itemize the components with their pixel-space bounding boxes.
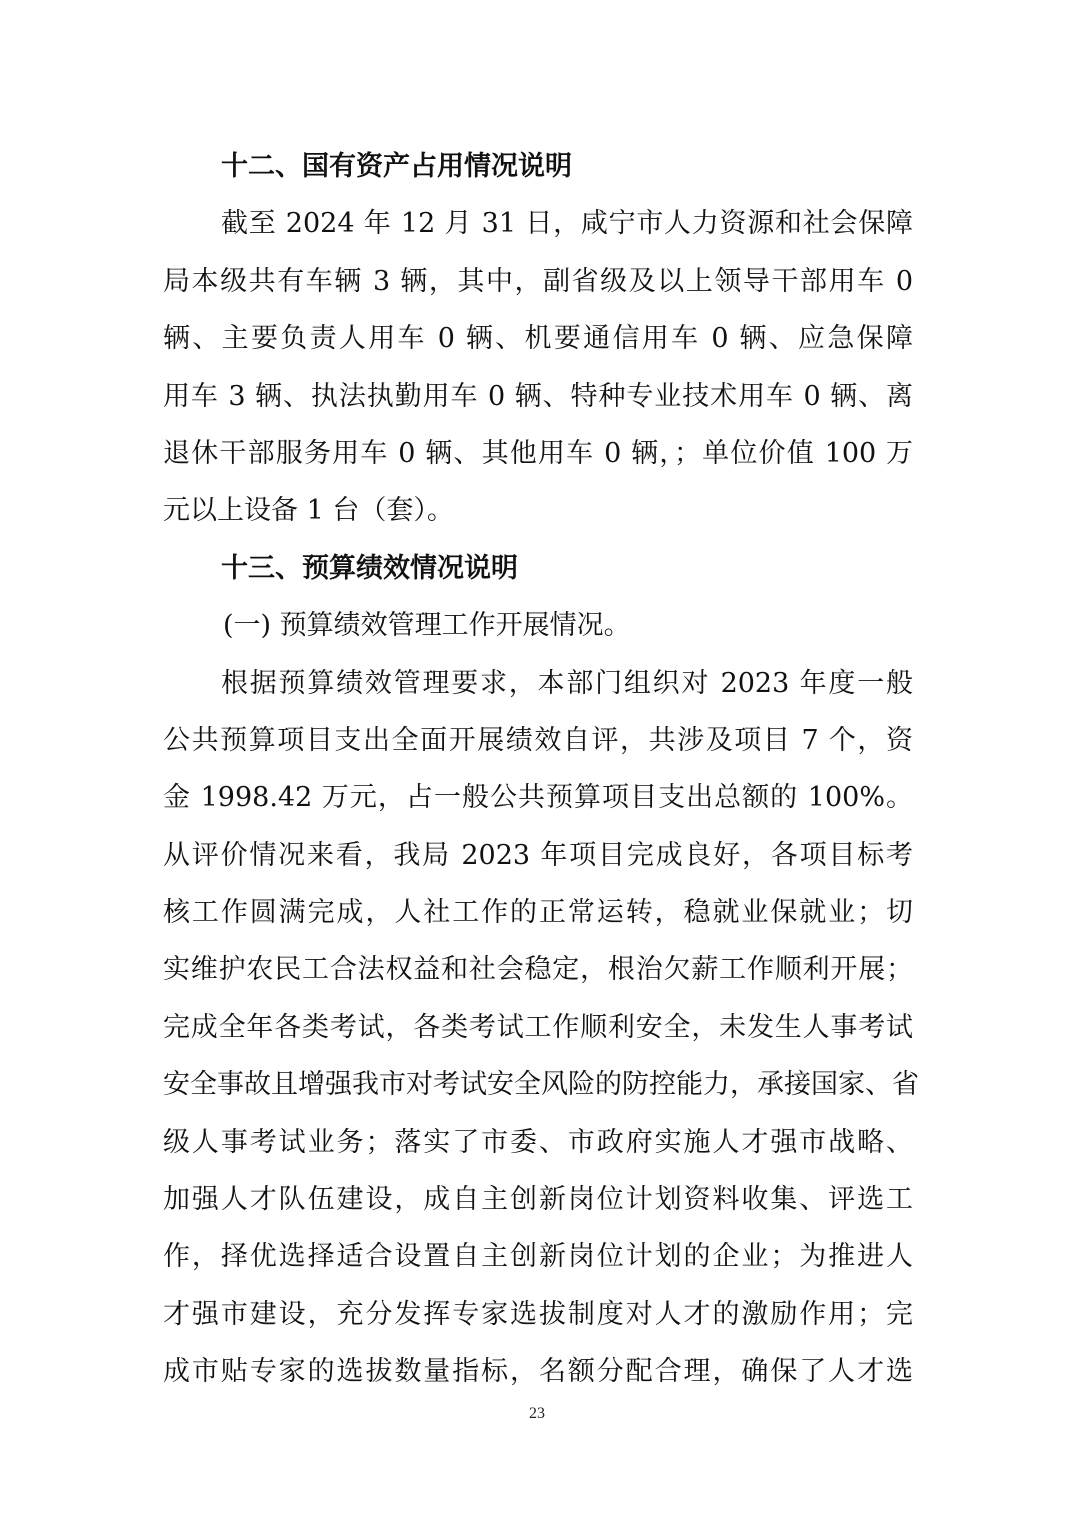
paragraph-line: 才强市建设，充分发挥专家选拔制度对人才的激励作用；完 xyxy=(163,1286,913,1343)
section-heading-performance: 十三、预算绩效情况说明 xyxy=(163,540,913,597)
section-heading-assets: 十二、国有资产占用情况说明 xyxy=(163,138,913,195)
document-page: 十二、国有资产占用情况说明 截至 2024 年 12 月 31 日，咸宁市人力资… xyxy=(0,0,1074,1520)
paragraph-line: 安全事故且增强我市对考试安全风险的防控能力，承接国家、省 xyxy=(163,1056,913,1113)
page-number: 23 xyxy=(0,1405,1074,1423)
paragraph-line: 局本级共有车辆 3 辆，其中，副省级及以上领导干部用车 0 xyxy=(163,253,913,310)
paragraph-line: 元以上设备 1 台（套）。 xyxy=(163,482,913,539)
paragraph-line: 退休干部服务用车 0 辆、其他用车 0 辆，；单位价值 100 万 xyxy=(163,425,913,482)
paragraph-line: 完成全年各类考试，各类考试工作顺利安全，未发生人事考试 xyxy=(163,999,913,1056)
paragraph-line: 作，择优选择适合设置自主创新岗位计划的企业；为推进人 xyxy=(163,1228,913,1285)
paragraph-line: 辆、主要负责人用车 0 辆、机要通信用车 0 辆、应急保障 xyxy=(163,310,913,367)
paragraph-line: 金 1998.42 万元，占一般公共预算项目支出总额的 100%。 xyxy=(163,769,913,826)
paragraph-line: 截至 2024 年 12 月 31 日，咸宁市人力资源和社会保障 xyxy=(163,195,913,252)
paragraph-line: 从评价情况来看，我局 2023 年项目完成良好，各项目标考 xyxy=(163,827,913,884)
paragraph-line: 公共预算项目支出全面开展绩效自评，共涉及项目 7 个，资 xyxy=(163,712,913,769)
subsection-heading: (一) 预算绩效管理工作开展情况。 xyxy=(163,597,913,654)
paragraph-line: 核工作圆满完成，人社工作的正常运转，稳就业保就业；切 xyxy=(163,884,913,941)
paragraph-line: 用车 3 辆、执法执勤用车 0 辆、特种专业技术用车 0 辆、离 xyxy=(163,368,913,425)
paragraph-line: 根据预算绩效管理要求，本部门组织对 2023 年度一般 xyxy=(163,655,913,712)
paragraph-line: 级人事考试业务；落实了市委、市政府实施人才强市战略、 xyxy=(163,1114,913,1171)
page-content: 十二、国有资产占用情况说明 截至 2024 年 12 月 31 日，咸宁市人力资… xyxy=(163,138,913,1401)
paragraph-line: 成市贴专家的选拔数量指标，名额分配合理，确保了人才选 xyxy=(163,1343,913,1400)
paragraph-line: 实维护农民工合法权益和社会稳定，根治欠薪工作顺利开展； xyxy=(163,941,913,998)
paragraph-line: 加强人才队伍建设，成自主创新岗位计划资料收集、评选工 xyxy=(163,1171,913,1228)
